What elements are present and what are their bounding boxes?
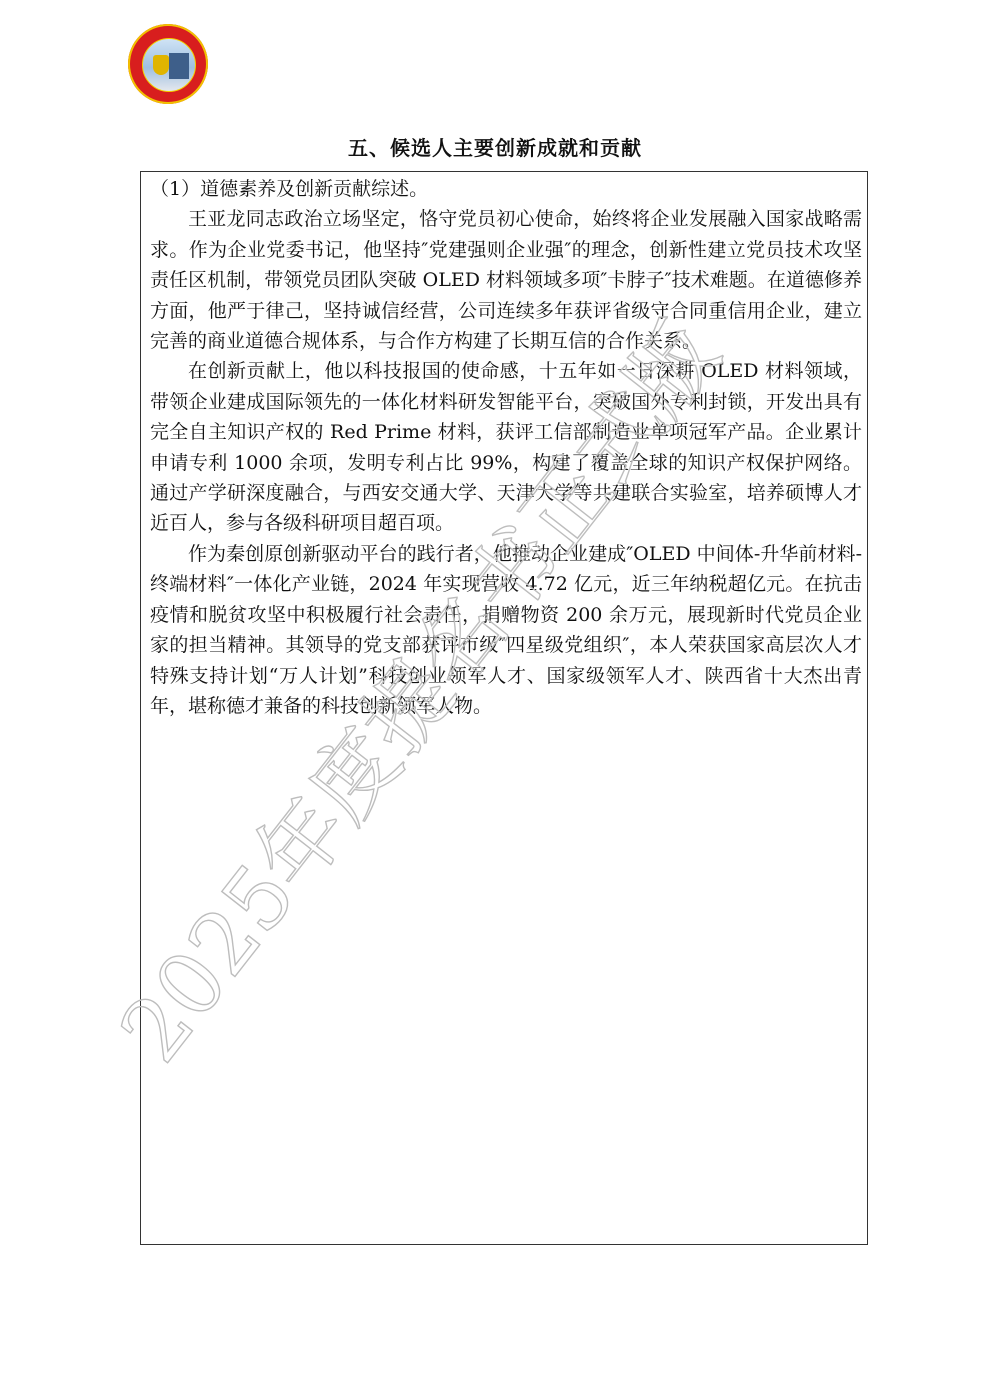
paragraph-ethics: 王亚龙同志政治立场坚定，恪守党员初心使命，始终将企业发展融入国家战略需求。作为企… xyxy=(150,204,862,356)
trophy-icon xyxy=(153,55,169,75)
section-title: 五、候选人主要创新成就和贡献 xyxy=(0,132,990,161)
seal-logo-icon xyxy=(128,24,208,104)
logo-emblem xyxy=(142,38,196,92)
subsection-heading: （1）道德素养及创新贡献综述。 xyxy=(150,174,862,204)
building-icon xyxy=(169,53,189,79)
